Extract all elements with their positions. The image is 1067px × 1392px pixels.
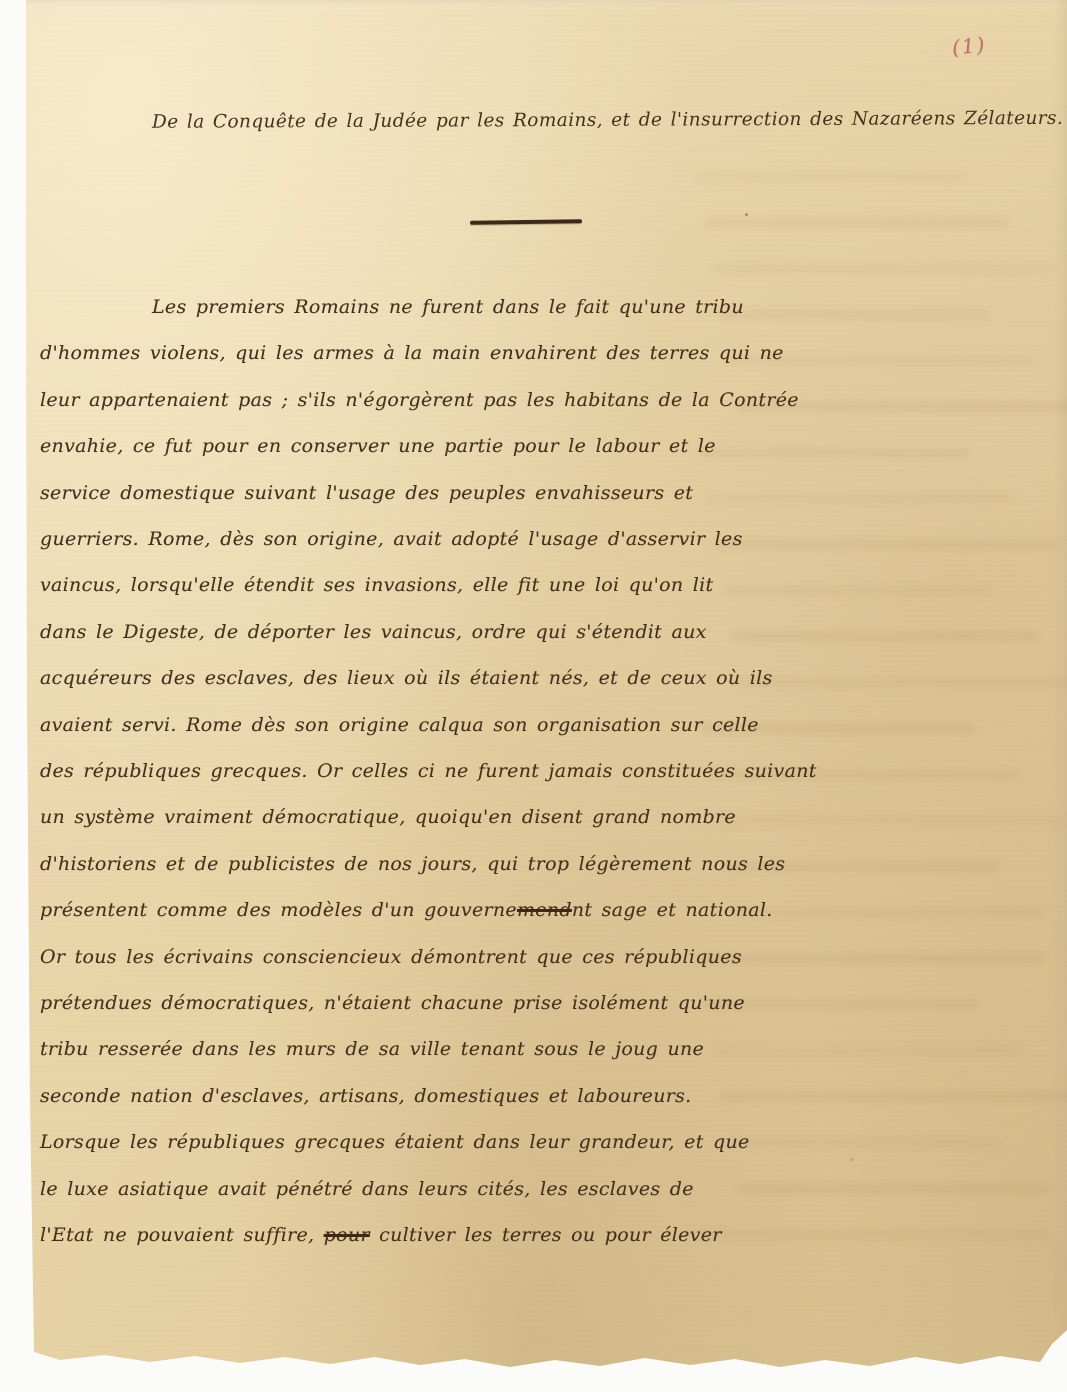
bleed-through-line bbox=[714, 540, 1060, 549]
bleed-through-line bbox=[722, 586, 995, 595]
bleed-through-line bbox=[699, 1230, 1050, 1239]
bleed-through-line bbox=[703, 218, 1010, 227]
manuscript-line: leur appartenaient pas ; s'ils n'égorgèr… bbox=[40, 389, 799, 411]
manuscript-line: service domestique suivant l'usage des p… bbox=[40, 482, 693, 504]
paper-specks bbox=[745, 213, 748, 216]
bleed-through-line bbox=[719, 310, 990, 319]
manuscript-line: Lorsque les républiques grecques étaient… bbox=[40, 1131, 750, 1153]
manuscript-line: prétendues démocratiques, n'étaient chac… bbox=[40, 992, 745, 1014]
manuscript-line: Les premiers Romains ne furent dans le f… bbox=[152, 296, 744, 318]
manuscript-title: De la Conquête de la Judée par les Romai… bbox=[152, 108, 982, 133]
bleed-through-line bbox=[695, 172, 965, 181]
manuscript-line: dans le Digeste, de déporter les vaincus… bbox=[40, 621, 707, 643]
bleed-through-line bbox=[706, 494, 1015, 503]
manuscript-line: vaincus, lorsqu'elle étendit ses invasio… bbox=[40, 574, 713, 596]
manuscript-line: l'Etat ne pouvaient suffire, pour cultiv… bbox=[40, 1224, 722, 1246]
bleed-through-line bbox=[712, 1046, 1025, 1055]
title-divider-rule bbox=[470, 219, 582, 224]
bleed-through-line bbox=[728, 1138, 1005, 1147]
struck-word: mend bbox=[517, 899, 572, 921]
scan-background: (1) De la Conquête de la Judée par les R… bbox=[0, 0, 1067, 1392]
manuscript-line: tribu resserée dans les murs de sa ville… bbox=[40, 1038, 704, 1060]
manuscript-line: acquéreurs des esclaves, des lieux où il… bbox=[40, 667, 773, 689]
page-number: (1) bbox=[951, 32, 988, 59]
manuscript-line: envahie, ce fut pour en conserver une pa… bbox=[40, 435, 716, 457]
bleed-through-line bbox=[738, 678, 1067, 687]
manuscript-line: d'hommes violens, qui les armes à la mai… bbox=[40, 342, 784, 364]
manuscript-line: d'historiens et de publicistes de nos jo… bbox=[40, 853, 785, 875]
manuscript-line: le luxe asiatique avait pénétré dans leu… bbox=[40, 1178, 694, 1200]
bleed-through-line bbox=[696, 954, 1045, 963]
bleed-through-line bbox=[733, 908, 1045, 917]
bleed-through-line bbox=[720, 1092, 1067, 1101]
bleed-through-line bbox=[736, 1184, 1050, 1193]
manuscript-line: un système vraiment démocratique, quoiqu… bbox=[40, 806, 736, 828]
manuscript-page: (1) De la Conquête de la Judée par les R… bbox=[0, 0, 1067, 1392]
manuscript-line: Or tous les écrivains consciencieux démo… bbox=[40, 946, 742, 968]
manuscript-line: présentent comme des modèles d'un gouver… bbox=[40, 899, 773, 921]
bleed-through-line bbox=[711, 264, 1055, 273]
manuscript-line: guerriers. Rome, dès son origine, avait … bbox=[40, 528, 743, 550]
manuscript-line: des républiques grecques. Or celles ci n… bbox=[40, 760, 817, 782]
bleed-through-line bbox=[730, 632, 1040, 641]
manuscript-body: Les premiers Romains ne furent dans le f… bbox=[40, 296, 720, 1276]
bleed-through-line bbox=[704, 1000, 980, 1009]
manuscript-line: avaient servi. Rome dès son origine calq… bbox=[40, 714, 759, 736]
bleed-through-line bbox=[698, 448, 970, 457]
struck-word: pour bbox=[324, 1224, 370, 1246]
bleed-through-line bbox=[717, 816, 1065, 825]
manuscript-line: seconde nation d'esclaves, artisans, dom… bbox=[40, 1085, 692, 1107]
